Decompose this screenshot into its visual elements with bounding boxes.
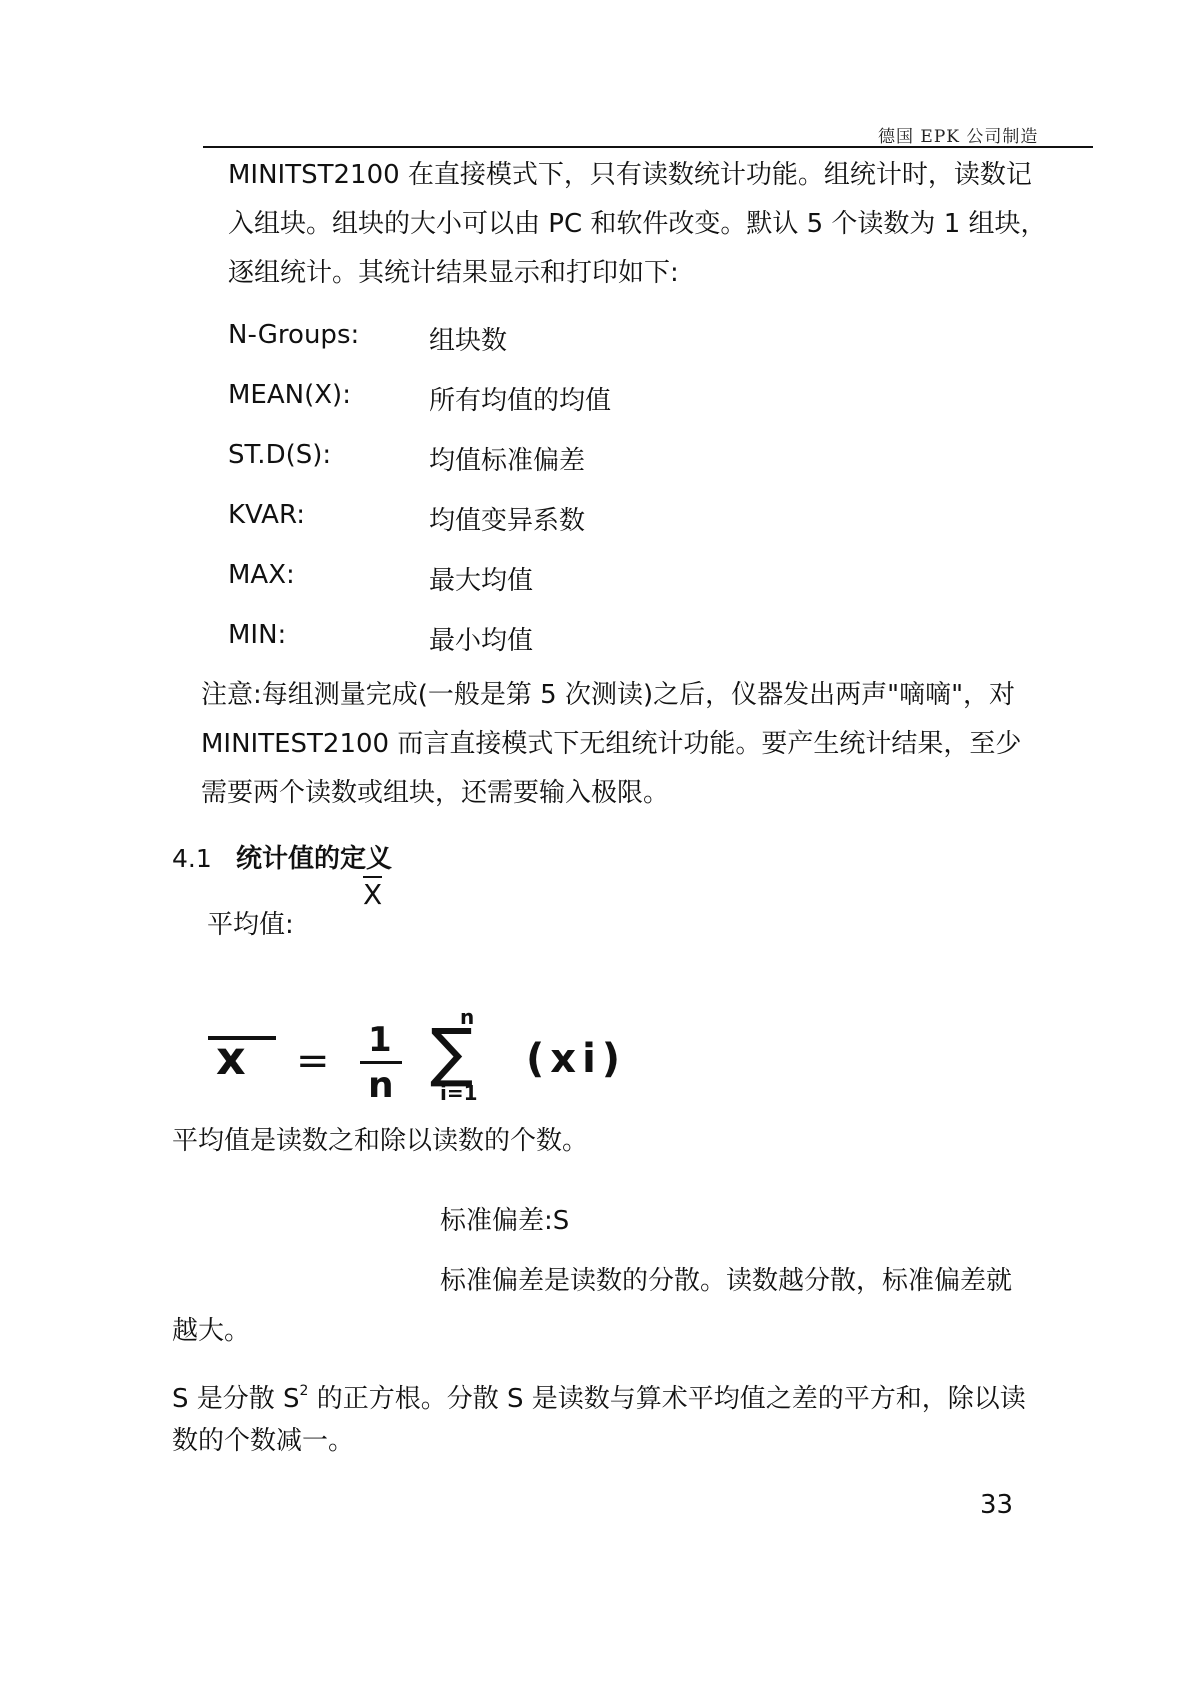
page-number: 33	[980, 1490, 1013, 1520]
variance-line-1: S 是分散 S2 的正方根。分散 S 是读数与算术平均值之差的平方和，除以读	[172, 1378, 1026, 1412]
formula-numerator: 1	[368, 1022, 392, 1058]
variance-text-a: S 是分散 S	[172, 1384, 300, 1414]
std-dev-description-2: 越大。	[172, 1318, 250, 1344]
definition-label: KVAR:	[228, 500, 305, 530]
variance-text-b: 的正方根。分散 S 是读数与算术平均值之差的平方和，除以读	[308, 1384, 1025, 1414]
definition-label: MEAN(X):	[228, 380, 351, 410]
variance-line-2: 数的个数减一。	[172, 1428, 354, 1454]
formula-lhs: x	[216, 1028, 246, 1088]
definition-value: 最大均值	[429, 560, 533, 597]
header-divider	[203, 146, 1093, 148]
intro-line-2: 入组块。组块的大小可以由 PC 和软件改变。默认 5 个读数为 1 组块，	[228, 211, 1047, 237]
header-company: 德国 EPK 公司制造	[878, 122, 1038, 147]
section-number: 4.1	[172, 844, 212, 873]
definition-value: 均值变异系数	[429, 500, 585, 537]
definition-value: 所有均值的均值	[429, 380, 611, 417]
section-title: 统计值的定义	[236, 844, 392, 874]
definition-label: MIN:	[228, 620, 286, 650]
definition-value: 组块数	[429, 320, 507, 357]
note-line-1: 注意:每组测量完成(一般是第 5 次测读)之后，仪器发出两声"嘀嘀"，对	[201, 682, 1015, 708]
mean-formula: x = 1 n n ∑ i=1 (xi)	[208, 1028, 668, 1128]
definition-value: 最小均值	[429, 620, 533, 657]
formula-sum-lower: i=1	[440, 1082, 478, 1104]
mean-label: 平均值:	[207, 912, 294, 938]
note-line-3: 需要两个读数或组块，还需要输入极限。	[201, 780, 669, 806]
intro-line-1: MINITST2100 在直接模式下，只有读数统计功能。组统计时，读数记	[228, 162, 1032, 188]
mean-description: 平均值是读数之和除以读数的个数。	[172, 1128, 588, 1154]
sum-icon: ∑	[430, 1018, 473, 1088]
definition-label: MAX:	[228, 560, 295, 590]
mean-symbol: X	[363, 876, 382, 910]
std-dev-label: 标准偏差:S	[440, 1208, 569, 1234]
section-heading: 4.1 统计值的定义	[172, 838, 392, 875]
std-dev-description-1: 标准偏差是读数的分散。读数越分散，标准偏差就	[440, 1268, 1012, 1294]
definition-value: 均值标准偏差	[429, 440, 585, 477]
formula-denominator: n	[368, 1066, 394, 1106]
definition-label: N-Groups:	[228, 320, 359, 350]
definition-label: ST.D(S):	[228, 440, 331, 470]
formula-term: (xi)	[526, 1034, 626, 1084]
formula-fraction-bar	[360, 1061, 402, 1064]
note-line-2: MINITEST2100 而言直接模式下无组统计功能。要产生统计结果，至少	[201, 731, 1021, 757]
intro-line-3: 逐组统计。其统计结果显示和打印如下:	[228, 260, 679, 286]
formula-equals: =	[296, 1036, 330, 1086]
